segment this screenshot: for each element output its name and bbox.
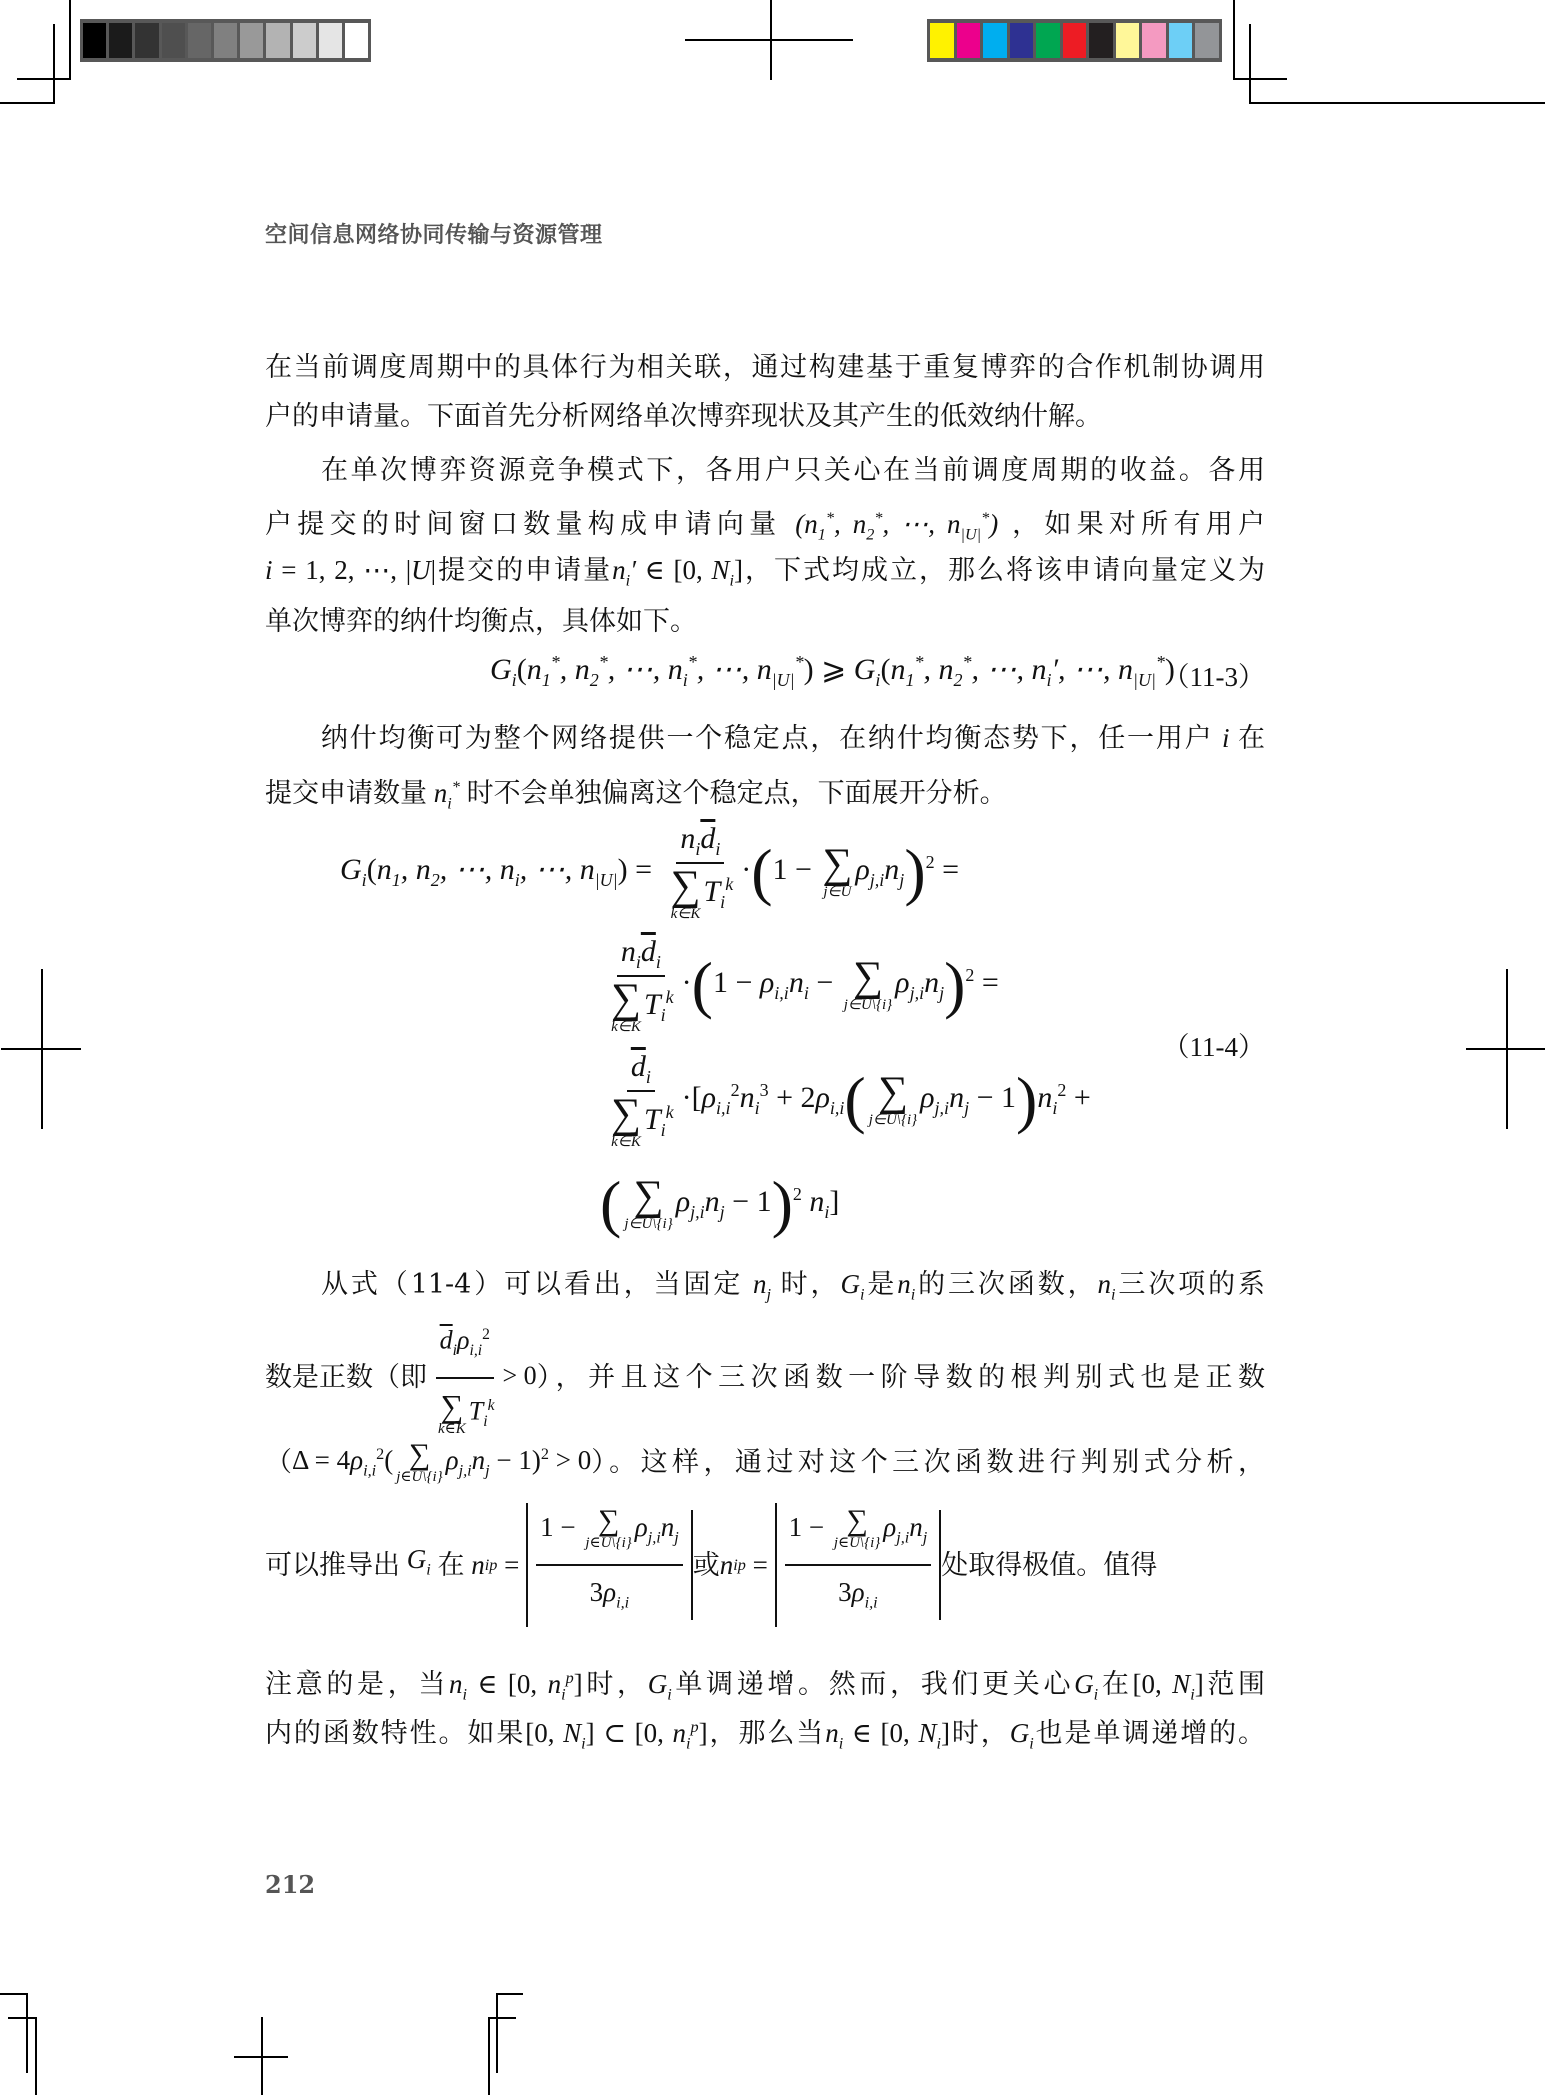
paragraph-2-line-4: 单次博弈的纳什均衡点，具体如下。 (265, 597, 1265, 646)
color-swatch (983, 23, 1007, 58)
paragraph-4-line-4: 可以推导出 Gi 在 nip = 1 − ∑j∈U\{i}ρj,inj3ρi,i… (265, 1510, 1265, 1620)
paragraph-4-line-3: （ Δ = 4ρi,i2(∑j∈U\{i}ρj,inj − 1)2 > 0 ）。… (265, 1430, 1265, 1495)
paragraph-1-line-1: 在当前调度周期中的具体行为相关联，通过构建基于重复博弈的合作机制协调用 (265, 343, 1265, 392)
running-head: 空间信息网络协同传输与资源管理 (265, 218, 603, 249)
inline-math-discriminant: Δ = 4ρi,i2(∑j∈U\{i}ρj,inj − 1)2 > 0 (292, 1430, 591, 1495)
crop-mark (496, 1993, 523, 1995)
crop-mark (488, 2017, 490, 2095)
crop-mark (1249, 24, 1251, 104)
grayscale-swatch-bar (80, 19, 371, 62)
crop-mark (0, 102, 55, 104)
crop-mark (35, 2017, 37, 2095)
inline-math-request-range: ni′ ∈ [0, Ni] (612, 555, 743, 585)
color-swatch (240, 23, 263, 58)
paragraph-4-line-2: 数是正数（即 diρi,i2∑k∈KTik> 0 ），并且这个三次函数一阶导数的… (265, 1310, 1265, 1446)
registration-mark (234, 2056, 288, 2058)
crop-mark (1233, 0, 1235, 80)
color-swatch (1169, 23, 1193, 58)
crop-mark (17, 78, 71, 80)
inline-math-positive-coefficient: diρi,i2∑k∈KTik> 0 (427, 1310, 537, 1446)
crop-mark (69, 0, 71, 80)
inline-math-extremum-ceil: nip = 1 − ∑j∈U\{i}ρj,inj3ρi,i (720, 1503, 942, 1628)
color-swatch (293, 23, 316, 58)
crop-mark (26, 1993, 28, 2073)
inline-math-user-index: i = 1, 2, ⋯, |U| (265, 555, 436, 585)
crop-mark (53, 24, 55, 104)
crop-mark (496, 1993, 498, 2073)
color-swatch (109, 23, 132, 58)
color-swatch (1010, 23, 1034, 58)
paragraph-5-line-2: 内的函数特性。如果[0, Ni] ⊂ [0, nip]，那么当ni ∈ [0, … (265, 1703, 1265, 1768)
equation-11-4-line-1: Gi(n1, n2, ⋯, ni, ⋯, n|U|) = nidi∑k∈KTik… (340, 822, 959, 922)
color-swatch (188, 23, 211, 58)
color-swatch (1116, 23, 1140, 58)
color-swatch-bar (927, 19, 1222, 62)
crop-mark (1233, 78, 1287, 80)
color-swatch (1089, 23, 1113, 58)
paragraph-1-line-2: 户的申请量。下面首先分析网络单次博弈现状及其产生的低效纳什解。 (265, 392, 1265, 441)
color-swatch (1036, 23, 1060, 58)
color-swatch (266, 23, 289, 58)
color-swatch (345, 23, 368, 58)
paragraph-3-line-1: 纳什均衡可为整个网络提供一个稳定点，在纳什均衡态势下，任一用户 i 在 (265, 714, 1265, 763)
crop-mark (1249, 102, 1545, 104)
equation-11-4-line-3: di∑k∈KTik·[ρi,i2ni3 + 2ρi,i(∑j∈U\{i}ρj,i… (600, 1050, 1091, 1150)
inline-math-request-vector: (n1*, n2*, ⋯, n|U|*) (795, 509, 998, 539)
color-swatch (1142, 23, 1166, 58)
crop-mark (488, 2017, 516, 2019)
color-swatch (319, 23, 342, 58)
registration-mark (1, 1048, 81, 1050)
crop-mark (8, 2017, 36, 2019)
equation-11-3: Gi(n1*, n2*, ⋯, ni*, ⋯, n|U|*) ⩾ Gi(n1*,… (490, 652, 1175, 691)
paragraph-3-line-2: 提交申请数量 ni* 时不会单独偏离这个稳定点，下面展开分析。 (265, 763, 1265, 828)
equation-number-11-4: （11-4） (1163, 1025, 1266, 1064)
color-swatch (83, 23, 106, 58)
color-swatch (930, 23, 954, 58)
registration-mark (685, 39, 853, 41)
color-swatch (957, 23, 981, 58)
registration-mark (1466, 1048, 1545, 1050)
equation-11-4-line-4: (∑j∈U\{i}ρj,inj − 1)2 ni] (600, 1172, 839, 1236)
inline-math-extremum-floor: nip = 1 − ∑j∈U\{i}ρj,inj3ρi,i (465, 1503, 693, 1628)
equation-number-11-3: （11-3） (1163, 655, 1266, 694)
paragraph-2-line-1: 在单次博弈资源竞争模式下，各用户只关心在当前调度周期的收益。各用 (265, 446, 1265, 495)
color-swatch (1063, 23, 1087, 58)
color-swatch (135, 23, 158, 58)
page-number: 212 (265, 1870, 315, 1899)
color-swatch (162, 23, 185, 58)
color-swatch (214, 23, 237, 58)
equation-11-4-line-2: nidi∑k∈KTik·(1 − ρi,ini − ∑j∈U\{i}ρj,inj… (600, 935, 999, 1035)
color-swatch (1195, 23, 1219, 58)
crop-mark (0, 1993, 27, 1995)
